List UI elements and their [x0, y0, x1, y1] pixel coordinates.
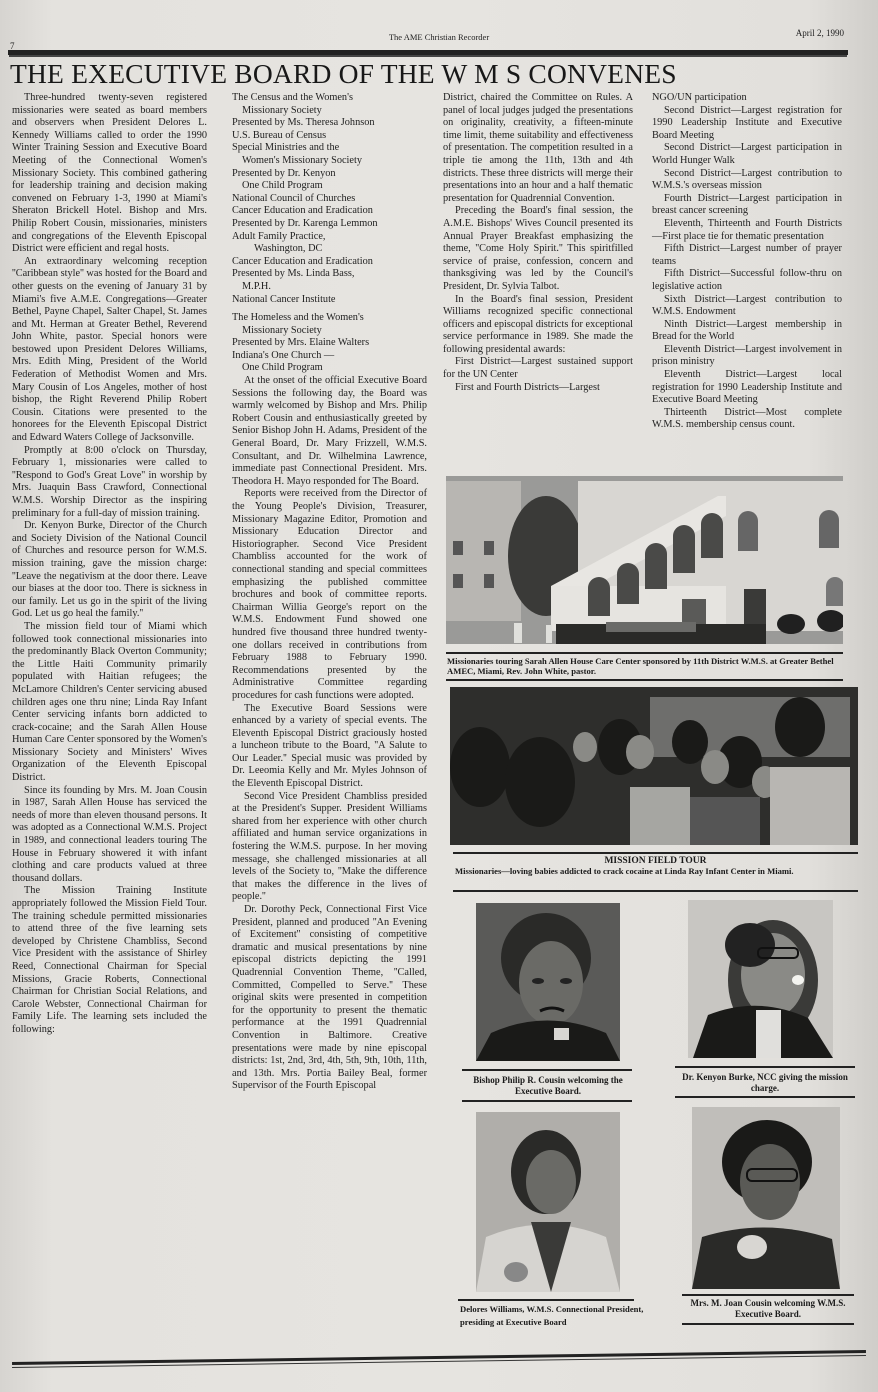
photo-bishop-cousin: [476, 903, 620, 1061]
learning-sets-list: The Census and the Women's Missionary So…: [232, 92, 427, 375]
list-item: One Child Program: [232, 180, 427, 193]
caption-rule: [675, 1096, 855, 1098]
paragraph: In the Board's final session, President …: [443, 294, 633, 357]
list-item: Presented by Dr. Kenyon: [232, 168, 427, 181]
article-column-4: NGO/UN participation Second District—Lar…: [652, 92, 842, 432]
list-item: Missionary Society: [232, 325, 427, 338]
list-item: Presented by Ms. Theresa Johnson: [232, 117, 427, 130]
list-item: U.S. Bureau of Census: [232, 130, 427, 143]
paragraph: Preceding the Board's final session, the…: [443, 205, 633, 293]
article-column-3: District, chaired the Committee on Rules…: [443, 92, 633, 394]
caption-rule: [458, 1299, 634, 1301]
paragraph: Since its founding by Mrs. M. Joan Cousi…: [12, 785, 207, 886]
caption-rule: [446, 679, 843, 681]
list-item: The Homeless and the Women's: [232, 312, 427, 325]
list-item: Cancer Education and Eradication: [232, 205, 427, 218]
paragraph: The Mission Training Institute appropria…: [12, 885, 207, 1036]
list-item: National Cancer Institute: [232, 294, 427, 307]
caption-rule: [675, 1066, 855, 1068]
paragraph: Dr. Dorothy Peck, Connectional First Vic…: [232, 904, 427, 1093]
caption-rule: [453, 852, 858, 854]
award-item: Second District—Largest participation in…: [652, 142, 842, 167]
photo-caption: Delores Williams, W.M.S. Connectional Pr…: [460, 1303, 660, 1329]
photo-caption: Missionaries—loving babies addicted to c…: [455, 866, 860, 876]
award-item: First and Fourth Districts—Largest: [443, 382, 633, 395]
article-column-1: Three-hundred twenty-seven registered mi…: [12, 92, 207, 1037]
photo-caption: Bishop Philip R. Cousin welcoming the Ex…: [460, 1075, 636, 1097]
headline: THE EXECUTIVE BOARD OF THE W M S CONVENE…: [10, 58, 677, 90]
list-item: One Child Program: [232, 362, 427, 375]
caption-rule: [462, 1100, 632, 1102]
list-item: Indiana's One Church —: [232, 350, 427, 363]
award-item: Ninth District—Largest membership in Bre…: [652, 319, 842, 344]
award-item: Second District—Largest contribution to …: [652, 168, 842, 193]
award-item: Fifth District—Successful follow-thru on…: [652, 268, 842, 293]
award-item: NGO/UN participation: [652, 92, 842, 105]
caption-rule: [682, 1323, 854, 1325]
list-item: Missionary Society: [232, 105, 427, 118]
award-item: Sixth District—Largest contribution to W…: [652, 294, 842, 319]
list-item: Adult Family Practice,: [232, 231, 427, 244]
list-item: Special Ministries and the: [232, 142, 427, 155]
issue-date: April 2, 1990: [796, 28, 844, 38]
award-item: Fifth District—Largest number of prayer …: [652, 243, 842, 268]
award-item: Eleventh District—Largest local registra…: [652, 369, 842, 407]
publication-name: The AME Christian Recorder: [0, 32, 878, 42]
newspaper-page: 7 The AME Christian Recorder April 2, 19…: [0, 0, 878, 1392]
paragraph: Dr. Kenyon Burke, Director of the Church…: [12, 520, 207, 621]
award-item: Fourth District—Largest participation in…: [652, 193, 842, 218]
paragraph: An extraordinary welcoming reception ''C…: [12, 256, 207, 445]
photo-delores-williams: [476, 1112, 620, 1292]
caption-rule: [682, 1294, 854, 1296]
award-item: First District—Largest sustained support…: [443, 356, 633, 381]
photo-joan-cousin: [692, 1107, 840, 1289]
caption-rule: [462, 1069, 632, 1071]
photo-caption: Dr. Kenyon Burke, NCC giving the mission…: [672, 1072, 858, 1094]
list-item: Presented by Mrs. Elaine Walters: [232, 337, 427, 350]
paragraph: At the onset of the official Executive B…: [232, 375, 427, 488]
award-item: Second District—Largest registration for…: [652, 105, 842, 143]
list-item: Cancer Education and Eradication: [232, 256, 427, 269]
list-item: M.P.H.: [232, 281, 427, 294]
paragraph: The Executive Board Sessions were enhanc…: [232, 703, 427, 791]
paragraph: Second Vice President Chambliss presided…: [232, 791, 427, 904]
photo-caption: Mrs. M. Joan Cousin welcoming W.M.S. Exe…: [678, 1298, 858, 1320]
photo-mission-field-tour: [450, 687, 858, 845]
list-item: National Council of Churches: [232, 193, 427, 206]
list-item: Presented by Dr. Karenga Lemmon: [232, 218, 427, 231]
list-item: Women's Missionary Society: [232, 155, 427, 168]
paragraph: Reports were received from the Director …: [232, 488, 427, 702]
caption-rule: [446, 652, 843, 654]
photo-sarah-allen-house: [446, 476, 843, 644]
paragraph: The mission field tour of Miami which fo…: [12, 621, 207, 785]
article-column-2: The Census and the Women's Missionary So…: [232, 92, 427, 1093]
photo-caption: Missionaries touring Sarah Allen House C…: [447, 656, 847, 676]
award-item: Eleventh, Thirteenth and Fourth District…: [652, 218, 842, 243]
award-item: Eleventh District—Largest involvement in…: [652, 344, 842, 369]
paragraph: District, chaired the Committee on Rules…: [443, 92, 633, 205]
list-item: Washington, DC: [232, 243, 427, 256]
list-item: Presented by Ms. Linda Bass,: [232, 268, 427, 281]
paragraph: Promptly at 8:00 o'clock on Thursday, Fe…: [12, 445, 207, 521]
award-item: Thirteenth District—Most complete W.M.S.…: [652, 407, 842, 432]
header-rule: [8, 50, 848, 55]
caption-rule: [453, 890, 858, 892]
paragraph: Three-hundred twenty-seven registered mi…: [12, 92, 207, 256]
list-item: The Census and the Women's: [232, 92, 427, 105]
photo-kenyon-burke: [688, 900, 833, 1058]
